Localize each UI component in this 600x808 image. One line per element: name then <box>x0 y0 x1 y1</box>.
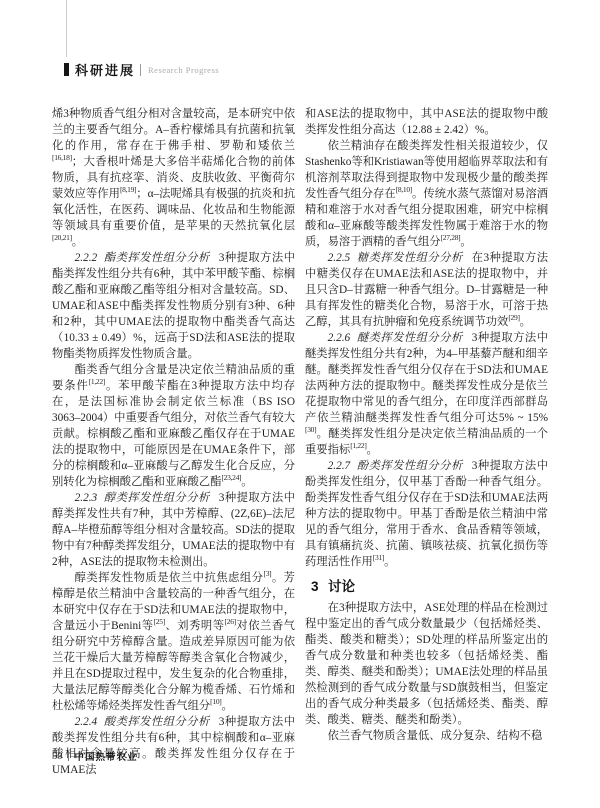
section-title: 酸类挥发性组分分析 <box>103 716 209 728</box>
citation-ref: [23,24] <box>221 473 241 482</box>
paragraph: 醇类挥发性物质是依兰中抗焦虑组分[3]。芳樟醇是依兰精油中含量较高的一种香气组分… <box>52 570 295 714</box>
section-number: 2.2.6 <box>328 332 351 344</box>
citation-ref: [8,10] <box>396 185 412 194</box>
header-subtitle: Research Progress <box>148 65 219 75</box>
citation-ref: [31] <box>373 553 384 562</box>
section-paragraph: 2.2.3醇类挥发性组分分析3种提取方法中醇类挥发性共有7种，其中芳樟醇、(2Z… <box>52 490 295 570</box>
paper-page: 科研进展 Research Progress 烯3种物质香气组分相对含量较高，是… <box>0 0 600 808</box>
paragraph: 依兰香气物质含量低、成分复杂、结构不稳 <box>305 728 548 744</box>
citation-ref: [1,22] <box>350 441 366 450</box>
paragraph: 依兰精油存在酸类挥发性相关报道较少，仅Stashenko等和Kristiawan… <box>305 138 548 250</box>
citation-ref: [10] <box>210 697 221 706</box>
citation-ref: [20,21] <box>52 233 72 242</box>
page-number: 50 <box>52 751 63 762</box>
section-number: 2.2.5 <box>328 252 351 264</box>
citation-ref: [16,18] <box>52 153 72 162</box>
section-title: 醚类挥发性组分分析 <box>356 332 462 344</box>
header-title: 科研进展 <box>75 60 135 79</box>
citation-ref: [27,28] <box>441 233 461 242</box>
section-title: 糖类挥发性组分分析 <box>356 252 462 264</box>
section-paragraph: 2.2.6醚类挥发性组分分析3种提取方法中醚类挥发性组分共有2种，为4–甲基藜芦… <box>305 330 548 458</box>
citation-ref: [25] <box>154 617 165 626</box>
page-footer: 50 中国热带农业 <box>52 749 138 763</box>
header-divider <box>140 64 141 76</box>
section-number: 2.2.7 <box>328 460 351 472</box>
heading-number: 3 <box>311 579 319 594</box>
paragraph: 酯类香气组分含量是决定依兰精油品质的重要条件[1,22]。苯甲酸苄酯在3种提取方… <box>52 362 295 490</box>
heading-title: 讨论 <box>328 579 355 594</box>
paragraph: 烯3种物质香气组分相对含量较高，是本研究中依兰的主要香气组分。A–香柠檬烯具有抗… <box>52 106 295 250</box>
citation-ref: [1,22] <box>89 377 105 386</box>
journal-name: 中国热带农业 <box>75 749 138 763</box>
section-title: 酯类挥发性组分分析 <box>103 252 209 264</box>
discussion-heading: 3讨论 <box>311 579 548 595</box>
header-bar-icon <box>64 63 69 76</box>
right-column: 和ASE法的提取物中，其中ASE法的提取物中酸类挥发性组分高达（12.88 ± … <box>305 106 548 778</box>
scan-fold-line <box>66 0 67 57</box>
section-header: 科研进展 Research Progress <box>64 60 219 79</box>
section-paragraph: 2.2.2酯类挥发性组分分析3种提取方法中酯类挥发性组分共有6种，其中苯甲酸苄酯… <box>52 250 295 362</box>
paragraph: 和ASE法的提取物中，其中ASE法的提取物中酸类挥发性组分高达（12.88 ± … <box>305 106 548 138</box>
section-paragraph: 2.2.5糖类挥发性组分分析在3种提取方法中糖类仅存在UMAE法和ASE法的提取… <box>305 250 548 330</box>
section-title: 醇类挥发性组分分析 <box>103 492 209 504</box>
section-number: 2.2.3 <box>75 492 98 504</box>
section-title: 酚类挥发性组分分析 <box>356 460 462 472</box>
section-paragraph: 2.2.7酚类挥发性组分分析3种提取方法中酚类挥发性组分，仅甲基丁香酚一种香气组… <box>305 458 548 570</box>
citation-ref: [26] <box>225 617 236 626</box>
citation-ref: [3] <box>264 569 272 578</box>
body-columns: 烯3种物质香气组分相对含量较高，是本研究中依兰的主要香气组分。A–香柠檬烯具有抗… <box>52 106 548 778</box>
citation-ref: [30] <box>305 425 316 434</box>
footer-divider <box>68 751 69 761</box>
left-column: 烯3种物质香气组分相对含量较高，是本研究中依兰的主要香气组分。A–香柠檬烯具有抗… <box>52 106 295 778</box>
section-number: 2.2.4 <box>75 716 98 728</box>
paragraph: 在3种提取方法中，ASE处理的样品在检测过程中鉴定出的香气成分数量最少（包括烯烃… <box>305 600 548 728</box>
section-number: 2.2.2 <box>75 252 98 264</box>
citation-ref: [8,19] <box>120 185 136 194</box>
citation-ref: [29] <box>508 313 519 322</box>
section-paragraph: 2.2.4酸类挥发性组分分析3种提取方法中酸类挥发性组分共有6种，其中棕榈酸和α… <box>52 714 295 778</box>
